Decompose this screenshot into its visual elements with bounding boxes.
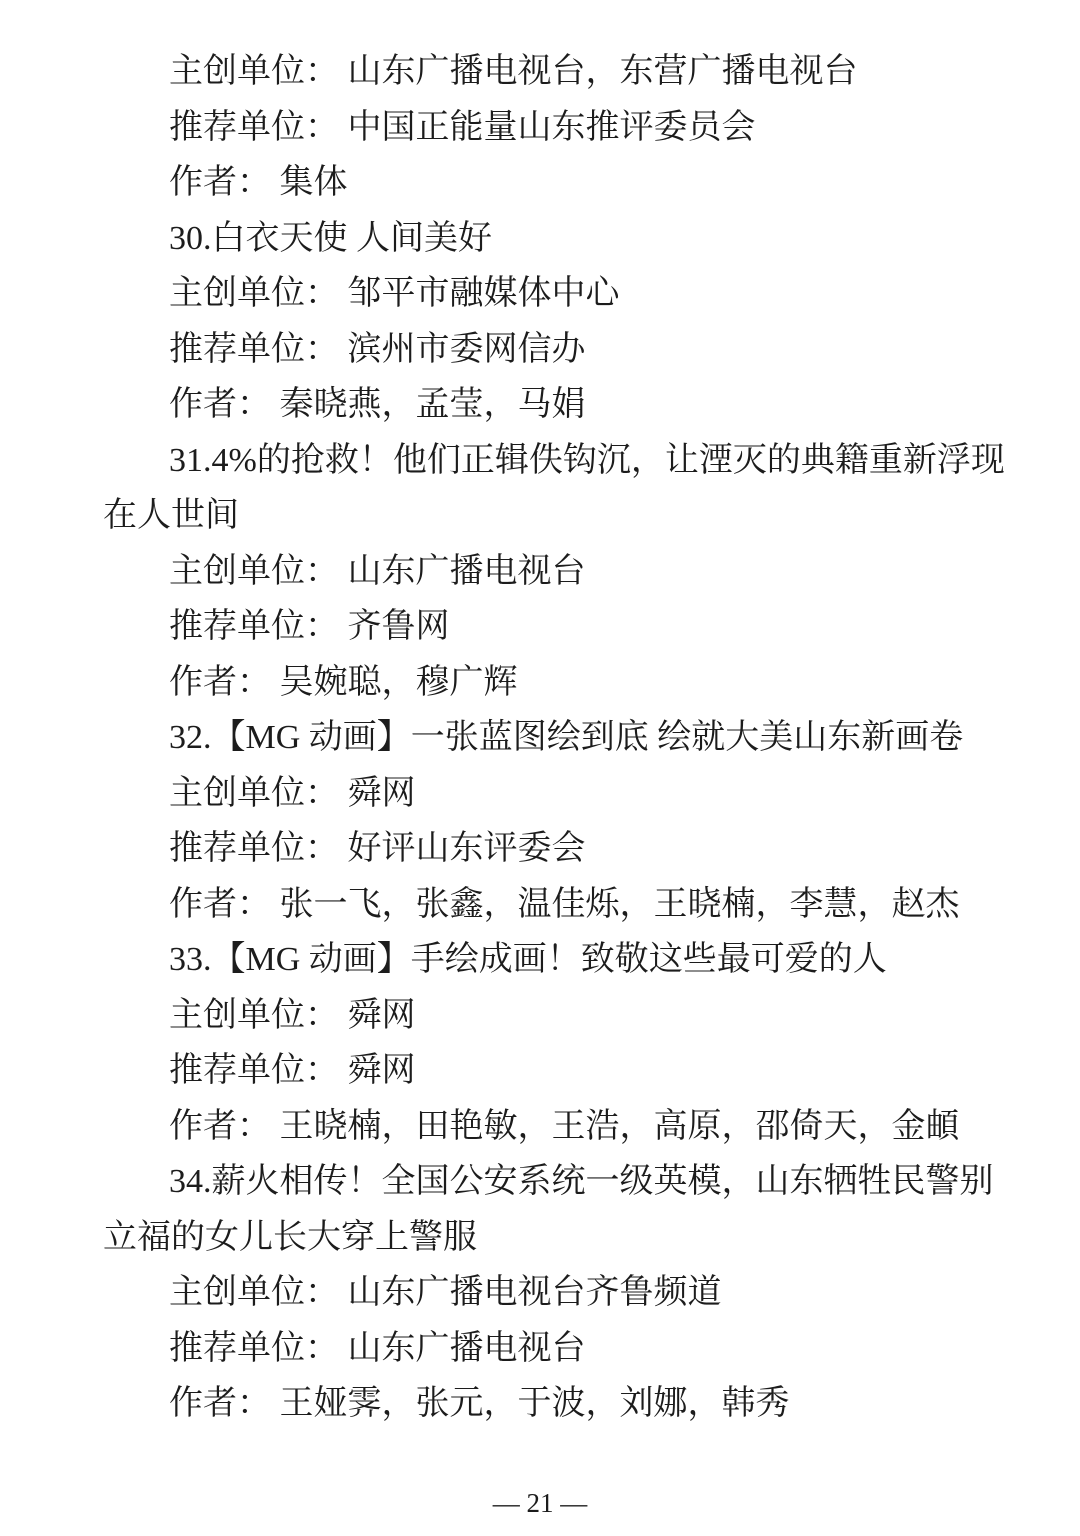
- field-line: 作者： 张一飞，张鑫，温佳烁，王晓楠，李慧，赵杰: [103, 877, 993, 933]
- entry-title-line: 33.【MG 动画】手绘成画！致敬这些最可爱的人: [103, 932, 993, 988]
- page-number: — 21 —: [0, 1487, 1080, 1519]
- field-line: 推荐单位： 好评山东评委会: [103, 821, 993, 877]
- field-line: 作者： 吴婉聪，穆广辉: [103, 655, 993, 711]
- field-line: 推荐单位： 舜网: [103, 1043, 993, 1099]
- field-line: 主创单位： 邹平市融媒体中心: [103, 266, 993, 322]
- continuation-line: 在人世间: [103, 488, 993, 544]
- document-body: 主创单位： 山东广播电视台，东营广播电视台 推荐单位： 中国正能量山东推评委员会…: [103, 44, 993, 1432]
- field-line: 推荐单位： 山东广播电视台: [103, 1321, 993, 1377]
- field-line: 作者： 王晓楠，田艳敏，王浩，高原，邵倚天，金頔: [103, 1099, 993, 1155]
- entry-title-line: 30.白衣天使 人间美好: [103, 211, 993, 267]
- field-line: 主创单位： 舜网: [103, 988, 993, 1044]
- continuation-line: 立福的女儿长大穿上警服: [103, 1210, 993, 1266]
- field-line: 主创单位： 山东广播电视台齐鲁频道: [103, 1265, 993, 1321]
- field-line: 主创单位： 舜网: [103, 766, 993, 822]
- field-line: 作者： 秦晓燕，孟莹，马娟: [103, 377, 993, 433]
- entry-title-line: 34.薪火相传！全国公安系统一级英模，山东牺牲民警别: [103, 1154, 993, 1210]
- field-line: 推荐单位： 滨州市委网信办: [103, 322, 993, 378]
- field-line: 推荐单位： 中国正能量山东推评委员会: [103, 100, 993, 156]
- field-line: 作者： 王娅霁，张元，于波，刘娜，韩秀: [103, 1376, 993, 1432]
- field-line: 主创单位： 山东广播电视台: [103, 544, 993, 600]
- field-line: 推荐单位： 齐鲁网: [103, 599, 993, 655]
- field-line: 主创单位： 山东广播电视台，东营广播电视台: [103, 44, 993, 100]
- field-line: 作者： 集体: [103, 155, 993, 211]
- entry-title-line: 32.【MG 动画】一张蓝图绘到底 绘就大美山东新画卷: [103, 710, 993, 766]
- entry-title-line: 31.4%的抢救！他们正辑佚钩沉，让湮灭的典籍重新浮现: [103, 433, 993, 489]
